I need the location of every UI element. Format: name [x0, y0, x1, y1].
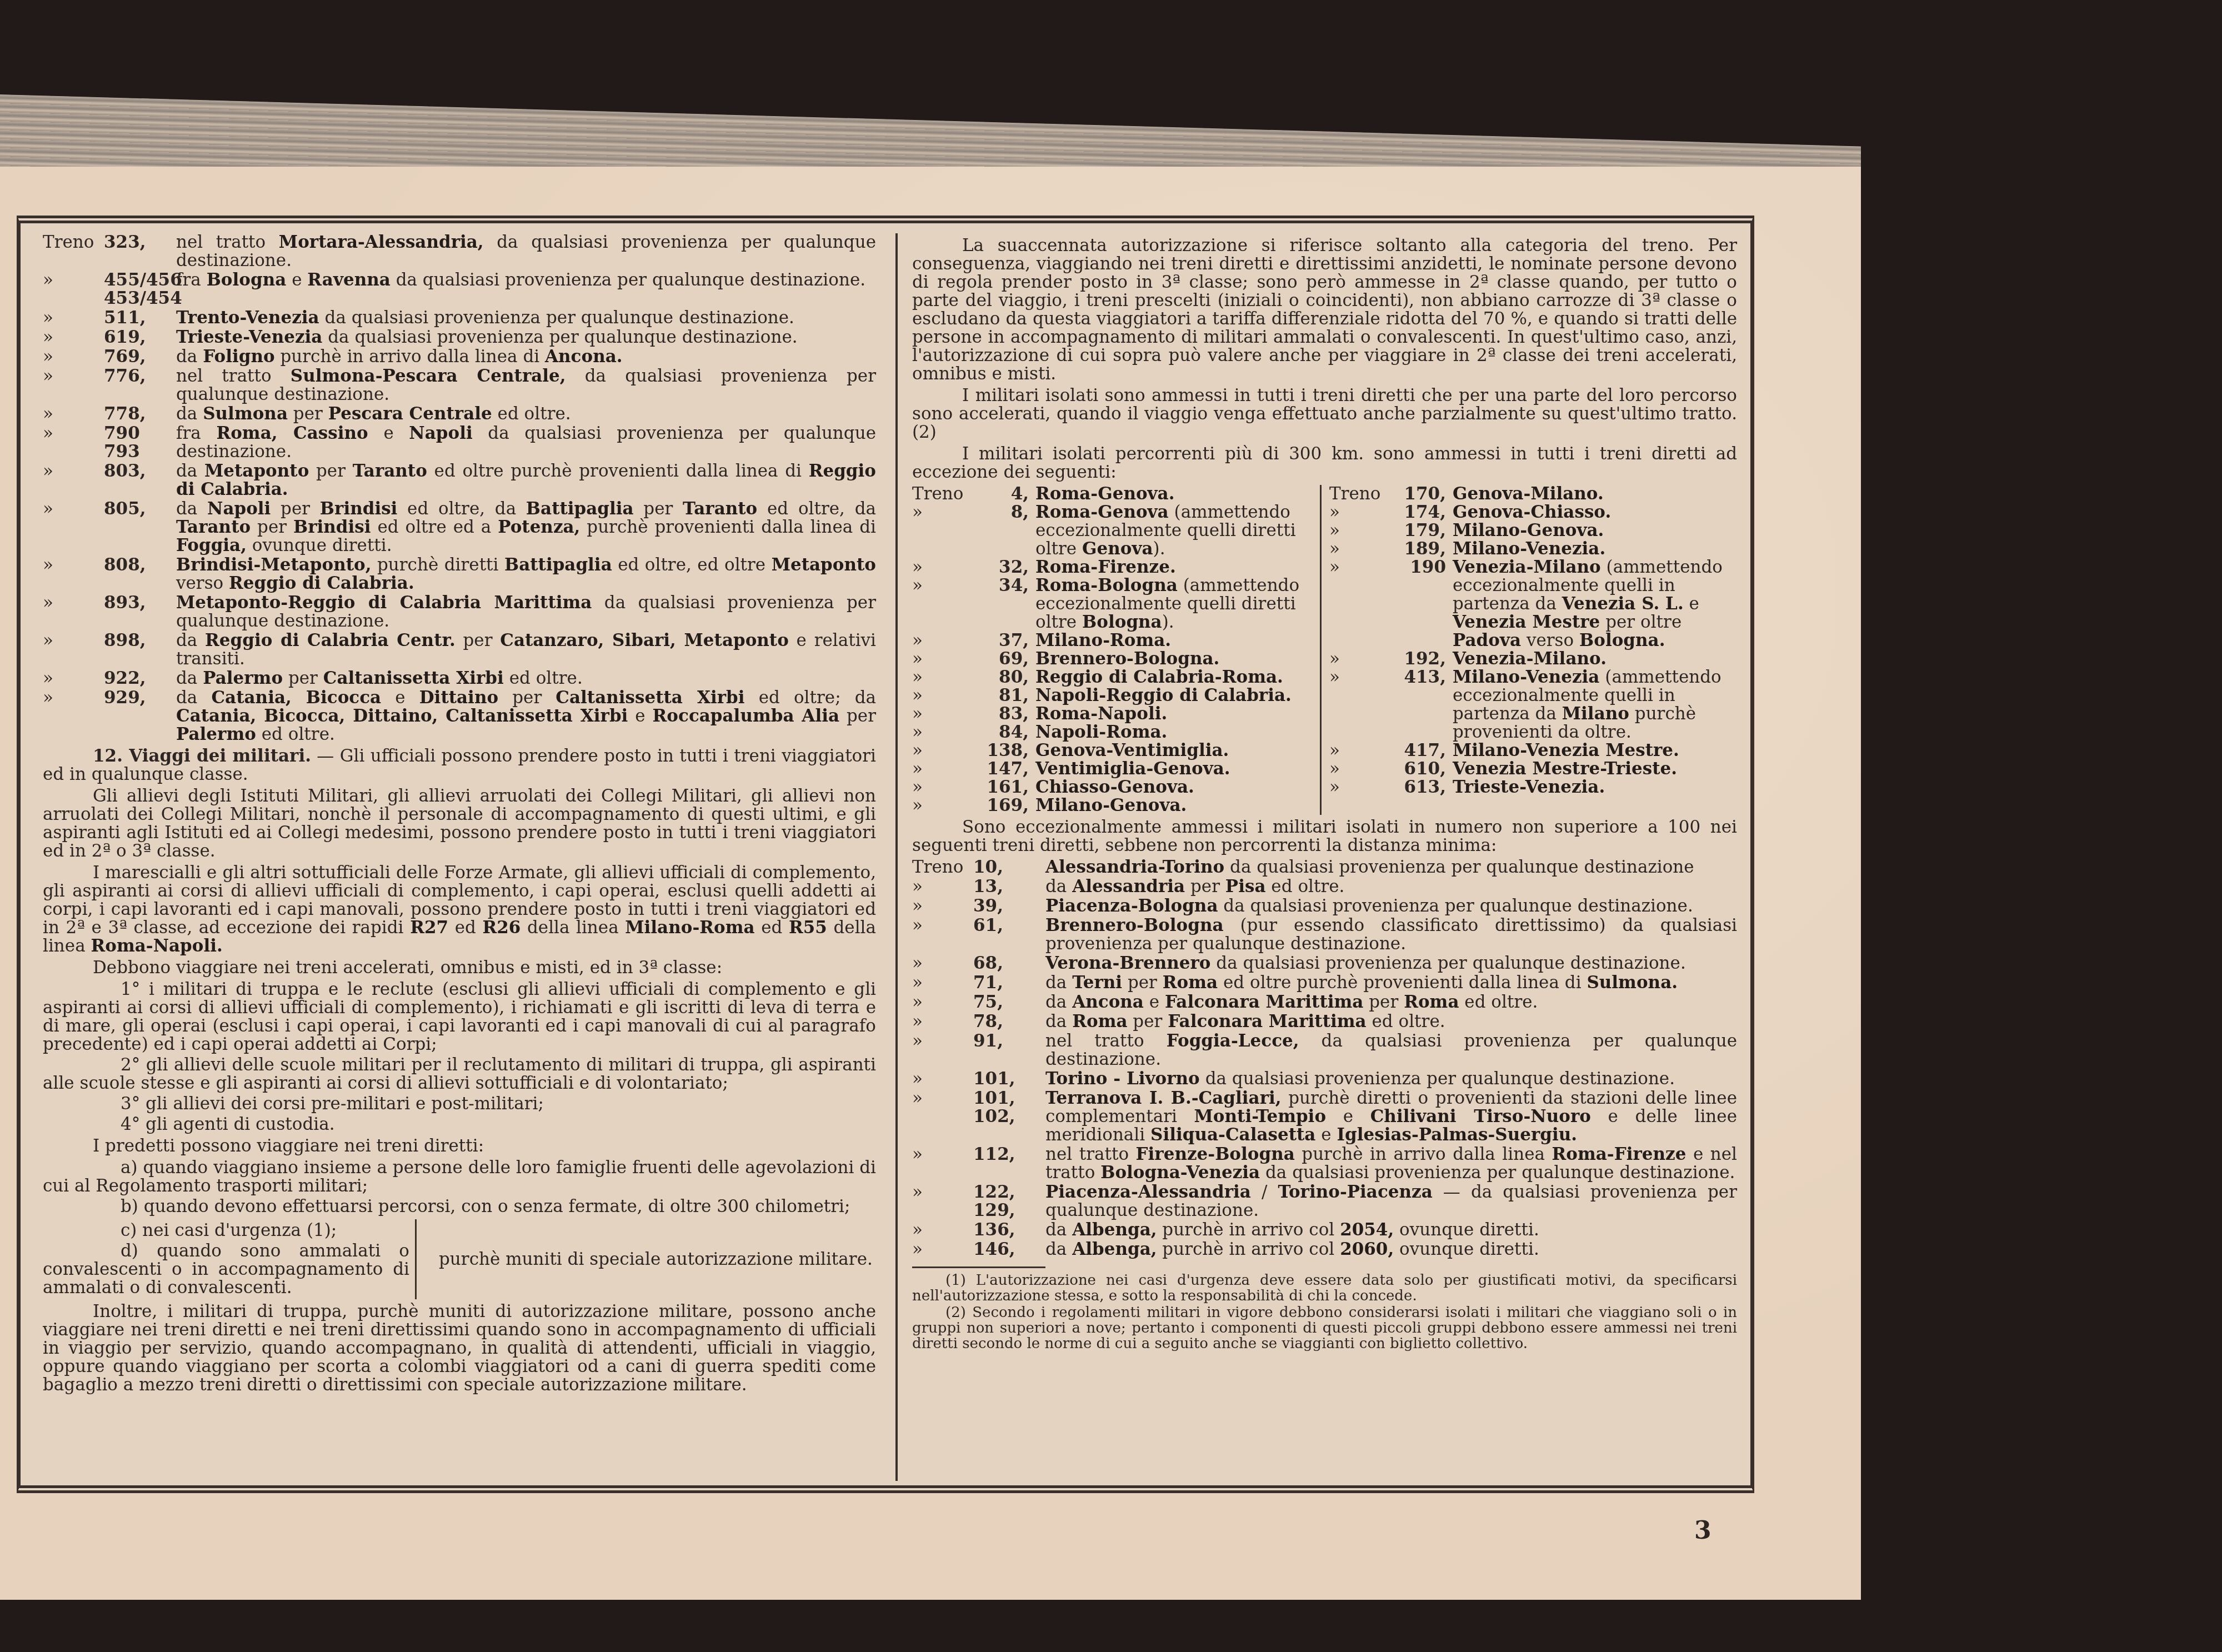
train-entry: »68,Verona-Brennero da qualsiasi proveni… — [912, 954, 1737, 973]
entry-text: Milano-Genova. — [1453, 522, 1737, 540]
exception-trains: Treno10,Alessandria-Torino da qualsiasi … — [912, 858, 1737, 1259]
paragraph: I militari isolati sono ammessi in tutti… — [912, 387, 1737, 442]
train-number: 138, — [968, 742, 1035, 760]
train-number: 922, — [104, 669, 176, 688]
train-entry: »80,Reggio di Calabria-Roma. — [912, 668, 1320, 687]
entry-text: Milano-Venezia. — [1453, 540, 1737, 558]
entry-text: Brennero-Bologna. — [1035, 650, 1320, 668]
train-entry: »84,Napoli-Roma. — [912, 723, 1320, 742]
train-entry: »91,nel tratto Foggia-Lecce, da qualsias… — [912, 1032, 1737, 1069]
train-entry: »189,Milano-Venezia. — [1329, 540, 1737, 558]
train-entry: »455/456 453/454fra Bologna e Ravenna da… — [43, 271, 876, 308]
paragraph: La suaccennata autorizzazione si riferis… — [912, 237, 1737, 383]
entry-text: Piacenza-Alessandria / Torino-Piacenza —… — [1045, 1183, 1737, 1220]
entry-label: » — [43, 367, 104, 404]
train-entry: »776,nel tratto Sulmona-Pescara Centrale… — [43, 367, 876, 404]
train-number: 69, — [968, 650, 1035, 668]
entry-label: » — [912, 993, 973, 1012]
entry-label: » — [912, 878, 973, 896]
page-number: 3 — [1694, 1516, 1711, 1545]
train-number: 146, — [973, 1240, 1045, 1259]
entry-text: da Albenga, purchè in arrivo col 2060, o… — [1045, 1240, 1737, 1259]
train-entry: »922,da Palermo per Caltanissetta Xirbi … — [43, 669, 876, 688]
entry-text: da Roma per Falconara Marittima ed oltre… — [1045, 1013, 1737, 1031]
train-number: 776, — [104, 367, 176, 404]
train-number: 8, — [968, 503, 1035, 558]
train-number: 613, — [1385, 778, 1453, 797]
paragraph: I marescialli e gli altri sottufficiali … — [43, 864, 876, 955]
entry-label: » — [43, 348, 104, 366]
entry-text: Roma-Genova. — [1035, 485, 1320, 503]
train-number: 610, — [1385, 760, 1453, 778]
train-entry: »174,Genova-Chiasso. — [1329, 503, 1737, 522]
entry-label: » — [43, 328, 104, 347]
train-number: 769, — [104, 348, 176, 366]
train-entry: »898,da Reggio di Calabria Centr. per Ca… — [43, 632, 876, 668]
entry-label: » — [912, 723, 968, 742]
train-number: 323, — [104, 233, 176, 270]
entry-text: da Metaponto per Taranto ed oltre purchè… — [176, 462, 876, 499]
train-number: 78, — [973, 1013, 1045, 1031]
train-entry: Treno4,Roma-Genova. — [912, 485, 1320, 503]
train-number: 805, — [104, 500, 176, 555]
train-number: 898, — [104, 632, 176, 668]
paragraphs: La suaccennata autorizzazione si riferis… — [912, 237, 1737, 482]
train-number: 39, — [973, 897, 1045, 915]
entry-label: » — [43, 632, 104, 668]
entry-text: Alessandria-Torino da qualsiasi provenie… — [1045, 858, 1737, 877]
train-number: 75, — [973, 993, 1045, 1012]
train-number: 71, — [973, 974, 1045, 992]
train-entry: »13,da Alessandria per Pisa ed oltre. — [912, 878, 1737, 896]
entry-text: da Palermo per Caltanissetta Xirbi ed ol… — [176, 669, 876, 688]
train-number: 122, 129, — [973, 1183, 1045, 1220]
train-entry: »893,Metaponto-Reggio di Calabria Maritt… — [43, 594, 876, 630]
entry-text: da Ancona e Falconara Marittima per Roma… — [1045, 993, 1737, 1012]
train-number: 83, — [968, 705, 1035, 723]
entry-label: » — [912, 1013, 973, 1031]
entry-text: fra Bologna e Ravenna da qualsiasi prove… — [176, 271, 876, 308]
train-number: 101, — [973, 1070, 1045, 1088]
numbered-item: 4° gli agenti di custodia. — [43, 1115, 876, 1134]
brace-requirement: purchè muniti di speciale autorizzazione… — [417, 1250, 876, 1269]
entry-label: » — [43, 669, 104, 688]
excluded-trains-left: Treno4,Roma-Genova.»8,Roma-Genova (ammet… — [912, 485, 1320, 815]
train-number: 84, — [968, 723, 1035, 742]
train-entry: »146,da Albenga, purchè in arrivo col 20… — [912, 1240, 1737, 1259]
entry-label: » — [912, 1221, 973, 1239]
entry-text: Chiasso-Genova. — [1035, 778, 1320, 797]
entry-text: Ventimiglia-Genova. — [1035, 760, 1320, 778]
train-entry: »101,Torino - Livorno da qualsiasi prove… — [912, 1070, 1737, 1088]
train-number: 161, — [968, 778, 1035, 797]
entry-text: Milano-Venezia Mestre. — [1453, 742, 1737, 760]
direct-intro: I predetti possono viaggiare nei treni d… — [43, 1137, 876, 1155]
train-entry: »805,da Napoli per Brindisi ed oltre, da… — [43, 500, 876, 555]
text-frame: Treno323,nel tratto Mortara-Alessandria,… — [17, 216, 1754, 1493]
train-number: 778, — [104, 405, 176, 423]
train-number: 417, — [1385, 742, 1453, 760]
entry-label: » — [912, 668, 968, 687]
entry-label: » — [912, 797, 968, 815]
entry-text: Napoli-Roma. — [1035, 723, 1320, 742]
paragraphs: Gli allievi degli Istituti Militari, gli… — [43, 787, 876, 977]
train-entry: »61,Brennero-Bologna (pur essendo classi… — [912, 917, 1737, 953]
train-number: 4, — [968, 485, 1035, 503]
excluded-trains-right: Treno170,Genova-Milano.»174,Genova-Chias… — [1320, 485, 1737, 815]
lettered-item: a) quando viaggiano insieme a persone de… — [43, 1159, 876, 1195]
entry-label: » — [43, 594, 104, 630]
entry-label: » — [43, 424, 104, 461]
paragraph: Debbono viaggiare nei treni accelerati, … — [43, 959, 876, 977]
entry-label: » — [912, 974, 973, 992]
entry-text: da Catania, Bicocca e Dittaino per Calta… — [176, 689, 876, 744]
brace-item: c) nei casi d'urgenza (1); — [43, 1222, 409, 1240]
train-entry: »69,Brennero-Bologna. — [912, 650, 1320, 668]
train-entry: »179,Milano-Genova. — [1329, 522, 1737, 540]
train-number: 511, — [104, 309, 176, 327]
entry-label: » — [912, 1183, 973, 1220]
entry-text: Milano-Venezia (ammettendo eccezionalmen… — [1453, 668, 1737, 742]
entry-label: » — [1329, 668, 1385, 742]
train-number: 10, — [973, 858, 1045, 877]
footnote: (2) Secondo i regolamenti militari in vi… — [912, 1305, 1737, 1351]
train-entry: »790 793fra Roma, Cassino e Napoli da qu… — [43, 424, 876, 461]
lettered-list: a) quando viaggiano insieme a persone de… — [43, 1159, 876, 1216]
train-entry: »619,Trieste-Venezia da qualsiasi proven… — [43, 328, 876, 347]
train-entry: »769,da Foligno purchè in arrivo dalla l… — [43, 348, 876, 366]
train-number: 68, — [973, 954, 1045, 973]
entry-label: » — [912, 687, 968, 705]
numbered-item: 3° gli allievi dei corsi pre-militari e … — [43, 1095, 876, 1113]
train-entry: »613,Trieste-Venezia. — [1329, 778, 1737, 797]
entry-text: Genova-Ventimiglia. — [1035, 742, 1320, 760]
entry-label: Treno — [1329, 485, 1385, 503]
train-number: 80, — [968, 668, 1035, 687]
entry-text: da Reggio di Calabria Centr. per Catanza… — [176, 632, 876, 668]
train-number: 101, 102, — [973, 1089, 1045, 1144]
entry-label: Treno — [43, 233, 104, 270]
entry-text: Metaponto-Reggio di Calabria Marittima d… — [176, 594, 876, 630]
entry-text: da Sulmona per Pescara Centrale ed oltre… — [176, 405, 876, 423]
train-number: 13, — [973, 878, 1045, 896]
numbered-list: 1° i militari di truppa e le reclute (es… — [43, 980, 876, 1134]
paragraph: I militari isolati percorrenti più di 30… — [912, 445, 1737, 482]
entry-label: » — [43, 405, 104, 423]
train-number: 179, — [1385, 522, 1453, 540]
entry-label: » — [912, 503, 968, 558]
entry-label: » — [43, 271, 104, 308]
train-entry: »138,Genova-Ventimiglia. — [912, 742, 1320, 760]
train-number: 61, — [973, 917, 1045, 953]
train-entry: »929,da Catania, Bicocca e Dittaino per … — [43, 689, 876, 744]
entry-label: » — [1329, 760, 1385, 778]
entry-text: nel tratto Sulmona-Pescara Centrale, da … — [176, 367, 876, 404]
entry-label: » — [43, 689, 104, 744]
excluded-trains: Treno4,Roma-Genova.»8,Roma-Genova (ammet… — [912, 485, 1737, 815]
brace-group: c) nei casi d'urgenza (1);d) quando sono… — [43, 1219, 876, 1299]
entry-label: » — [912, 742, 968, 760]
train-number: 147, — [968, 760, 1035, 778]
left-column: Treno323,nel tratto Mortara-Alessandria,… — [43, 233, 876, 1398]
footnote: (1) L'autorizzazione nei casi d'urgenza … — [912, 1273, 1737, 1304]
train-number: 190 — [1385, 558, 1453, 650]
entry-text: Genova-Milano. — [1453, 485, 1737, 503]
entry-label: » — [43, 556, 104, 593]
entry-label: » — [912, 1145, 973, 1182]
train-entry: »39,Piacenza-Bologna da qualsiasi proven… — [912, 897, 1737, 915]
entry-text: Piacenza-Bologna da qualsiasi provenienz… — [1045, 897, 1737, 915]
train-number: 34, — [968, 577, 1035, 632]
entry-label: » — [912, 577, 968, 632]
entry-text: Trieste-Venezia. — [1453, 778, 1737, 797]
paragraph: Gli allievi degli Istituti Militari, gli… — [43, 787, 876, 860]
entry-label: » — [912, 1032, 973, 1069]
entry-text: Venezia Mestre-Trieste. — [1453, 760, 1737, 778]
entry-label: » — [912, 650, 968, 668]
entry-label: » — [1329, 650, 1385, 668]
entry-text: Roma-Napoli. — [1035, 705, 1320, 723]
train-entry: »610,Venezia Mestre-Trieste. — [1329, 760, 1737, 778]
train-entry: »71,da Terni per Roma ed oltre purchè pr… — [912, 974, 1737, 992]
brace-item: d) quando sono ammalati o convalescenti … — [43, 1242, 409, 1297]
train-number: 174, — [1385, 503, 1453, 522]
train-list-left: Treno323,nel tratto Mortara-Alessandria,… — [43, 233, 876, 744]
train-number: 455/456 453/454 — [104, 271, 176, 308]
entry-label: » — [1329, 540, 1385, 558]
entry-label: » — [912, 917, 973, 953]
entry-text: Milano-Genova. — [1035, 797, 1320, 815]
train-entry: »78,da Roma per Falconara Marittima ed o… — [912, 1013, 1737, 1031]
train-number: 136, — [973, 1221, 1045, 1239]
entry-text: Brindisi-Metaponto, purchè diretti Batti… — [176, 556, 876, 593]
entry-text: da Alessandria per Pisa ed oltre. — [1045, 878, 1737, 896]
train-entry: »122, 129,Piacenza-Alessandria / Torino-… — [912, 1183, 1737, 1220]
train-number: 37, — [968, 632, 1035, 650]
entry-text: fra Roma, Cassino e Napoli da qualsiasi … — [176, 424, 876, 461]
train-number: 32, — [968, 558, 1035, 577]
footnotes: (1) L'autorizzazione nei casi d'urgenza … — [912, 1273, 1737, 1351]
right-column: La suaccennata autorizzazione si riferis… — [895, 233, 1737, 1481]
entry-label: » — [43, 462, 104, 499]
numbered-item: 1° i militari di truppa e le reclute (es… — [43, 980, 876, 1054]
train-entry: »778,da Sulmona per Pescara Centrale ed … — [43, 405, 876, 423]
train-number: 803, — [104, 462, 176, 499]
train-entry: »169,Milano-Genova. — [912, 797, 1320, 815]
book-page: Treno323,nel tratto Mortara-Alessandria,… — [0, 167, 1861, 1600]
train-entry: Treno10,Alessandria-Torino da qualsiasi … — [912, 858, 1737, 877]
numbered-item: 2° gli allievi delle scuole militari per… — [43, 1056, 876, 1093]
entry-label: » — [912, 632, 968, 650]
entry-text: Roma-Bologna (ammettendo eccezionalmente… — [1035, 577, 1320, 632]
entry-text: nel tratto Foggia-Lecce, da qualsiasi pr… — [1045, 1032, 1737, 1069]
train-entry: »147,Ventimiglia-Genova. — [912, 760, 1320, 778]
train-entry: »413,Milano-Venezia (ammettendo eccezion… — [1329, 668, 1737, 742]
train-number: 893, — [104, 594, 176, 630]
train-entry: »34,Roma-Bologna (ammettendo eccezionalm… — [912, 577, 1320, 632]
train-number: 808, — [104, 556, 176, 593]
entry-text: Milano-Roma. — [1035, 632, 1320, 650]
train-entry: »101, 102,Terranova I. B.-Cagliari, purc… — [912, 1089, 1737, 1144]
entry-text: da Albenga, purchè in arrivo col 2054, o… — [1045, 1221, 1737, 1239]
entry-label: » — [1329, 778, 1385, 797]
train-entry: »75,da Ancona e Falconara Marittima per … — [912, 993, 1737, 1012]
entry-text: Roma-Genova (ammettendo eccezionalmente … — [1035, 503, 1320, 558]
entry-text: Trieste-Venezia da qualsiasi provenienza… — [176, 328, 876, 347]
footnote-divider — [912, 1266, 1045, 1268]
entry-label: » — [912, 705, 968, 723]
entry-text: Venezia-Milano (ammettendo eccezionalmen… — [1453, 558, 1737, 650]
train-number: 790 793 — [104, 424, 176, 461]
train-number: 619, — [104, 328, 176, 347]
entry-label: » — [912, 897, 973, 915]
entry-text: Genova-Chiasso. — [1453, 503, 1737, 522]
section-12: 12. Viaggi dei militari. — Gli ufficiali… — [43, 747, 876, 784]
train-entry: »417,Milano-Venezia Mestre. — [1329, 742, 1737, 760]
train-entry: »511,Trento-Venezia da qualsiasi proveni… — [43, 309, 876, 327]
entry-label: » — [912, 954, 973, 973]
train-entry: »136,da Albenga, purchè in arrivo col 20… — [912, 1221, 1737, 1239]
entry-label: » — [43, 309, 104, 327]
entry-label: » — [43, 500, 104, 555]
train-entry: Treno323,nel tratto Mortara-Alessandria,… — [43, 233, 876, 270]
train-number: 91, — [973, 1032, 1045, 1069]
train-number: 170, — [1385, 485, 1453, 503]
entry-text: Brennero-Bologna (pur essendo classifica… — [1045, 917, 1737, 953]
closing-paragraph: Inoltre, i militari di truppa, purchè mu… — [43, 1303, 876, 1394]
train-entry: »161,Chiasso-Genova. — [912, 778, 1320, 797]
exception-intro: Sono eccezionalmente ammessi i militari … — [912, 818, 1737, 855]
entry-label: » — [912, 1240, 973, 1259]
entry-label: » — [912, 1089, 973, 1144]
entry-text: Torino - Livorno da qualsiasi provenienz… — [1045, 1070, 1737, 1088]
train-entry: »83,Roma-Napoli. — [912, 705, 1320, 723]
entry-label: Treno — [912, 485, 968, 503]
train-entry: »37,Milano-Roma. — [912, 632, 1320, 650]
entry-text: Terranova I. B.-Cagliari, purchè diretti… — [1045, 1089, 1737, 1144]
entry-label: » — [1329, 522, 1385, 540]
entry-label: » — [912, 558, 968, 577]
lettered-item: b) quando devono effettuarsi percorsi, c… — [43, 1198, 876, 1216]
train-entry: »192,Venezia-Milano. — [1329, 650, 1737, 668]
entry-text: Trento-Venezia da qualsiasi provenienza … — [176, 309, 876, 327]
entry-label: » — [912, 1070, 973, 1088]
entry-text: Napoli-Reggio di Calabria. — [1035, 687, 1320, 705]
entry-text: Verona-Brennero da qualsiasi provenienza… — [1045, 954, 1737, 973]
entry-label: » — [1329, 503, 1385, 522]
section-heading: 12. Viaggi dei militari. — [93, 746, 311, 766]
train-number: 81, — [968, 687, 1035, 705]
entry-label: » — [912, 778, 968, 797]
brace-conditions: c) nei casi d'urgenza (1);d) quando sono… — [43, 1219, 417, 1299]
entry-label: » — [1329, 742, 1385, 760]
entry-text: Roma-Firenze. — [1035, 558, 1320, 577]
entry-label: » — [1329, 558, 1385, 650]
train-number: 192, — [1385, 650, 1453, 668]
train-entry: »81,Napoli-Reggio di Calabria. — [912, 687, 1320, 705]
entry-label: » — [912, 760, 968, 778]
train-entry: »8,Roma-Genova (ammettendo eccezionalmen… — [912, 503, 1320, 558]
entry-text: Venezia-Milano. — [1453, 650, 1737, 668]
train-entry: »32,Roma-Firenze. — [912, 558, 1320, 577]
train-number: 189, — [1385, 540, 1453, 558]
entry-text: da Foligno purchè in arrivo dalla linea … — [176, 348, 876, 366]
train-number: 929, — [104, 689, 176, 744]
train-entry: »112,nel tratto Firenze-Bologna purchè i… — [912, 1145, 1737, 1182]
train-entry: »808,Brindisi-Metaponto, purchè diretti … — [43, 556, 876, 593]
train-number: 112, — [973, 1145, 1045, 1182]
train-entry: »190Venezia-Milano (ammettendo ecceziona… — [1329, 558, 1737, 650]
entry-label: Treno — [912, 858, 973, 877]
train-entry: Treno170,Genova-Milano. — [1329, 485, 1737, 503]
train-number: 169, — [968, 797, 1035, 815]
entry-text: nel tratto Mortara-Alessandria, da quals… — [176, 233, 876, 270]
entry-text: da Terni per Roma ed oltre purchè proven… — [1045, 974, 1737, 992]
entry-text: da Napoli per Brindisi ed oltre, da Batt… — [176, 500, 876, 555]
entry-text: Reggio di Calabria-Roma. — [1035, 668, 1320, 687]
train-number: 413, — [1385, 668, 1453, 742]
train-entry: »803,da Metaponto per Taranto ed oltre p… — [43, 462, 876, 499]
entry-text: nel tratto Firenze-Bologna purchè in arr… — [1045, 1145, 1737, 1182]
